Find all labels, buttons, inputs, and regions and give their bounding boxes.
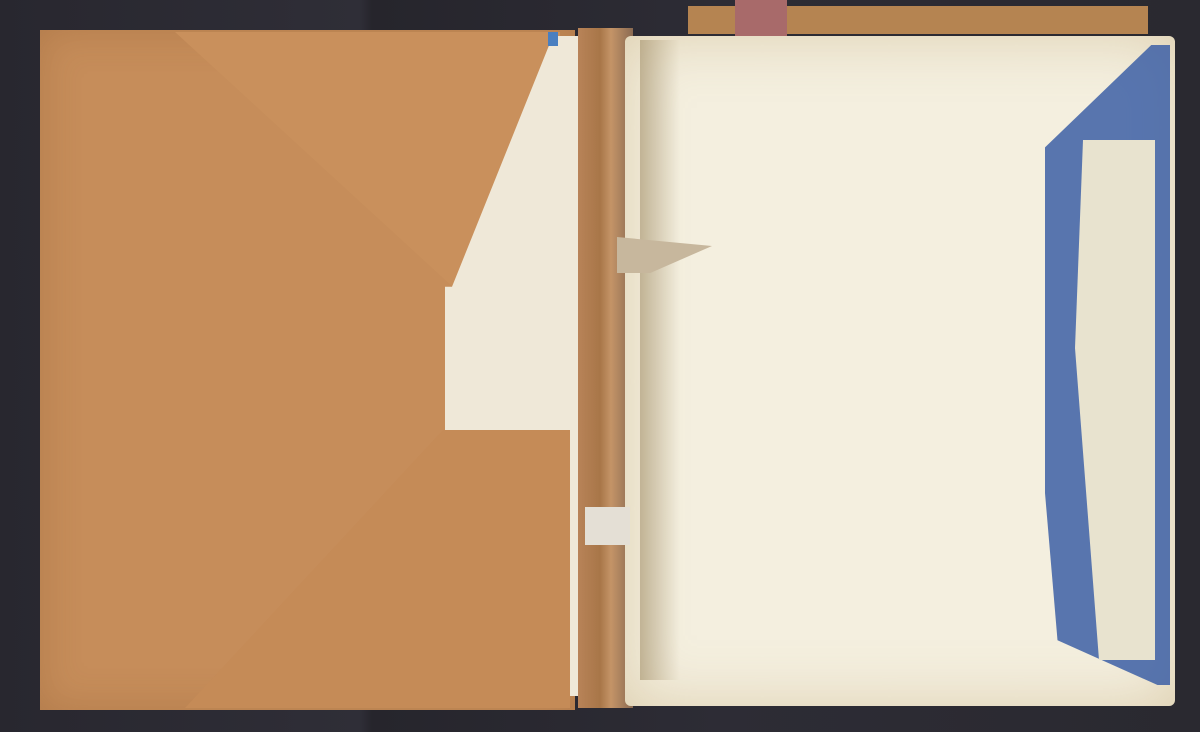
blue-corner-tag <box>548 32 558 46</box>
page-stain <box>640 40 680 680</box>
ribbon-bookmark <box>735 0 787 36</box>
paper-band <box>585 507 630 545</box>
